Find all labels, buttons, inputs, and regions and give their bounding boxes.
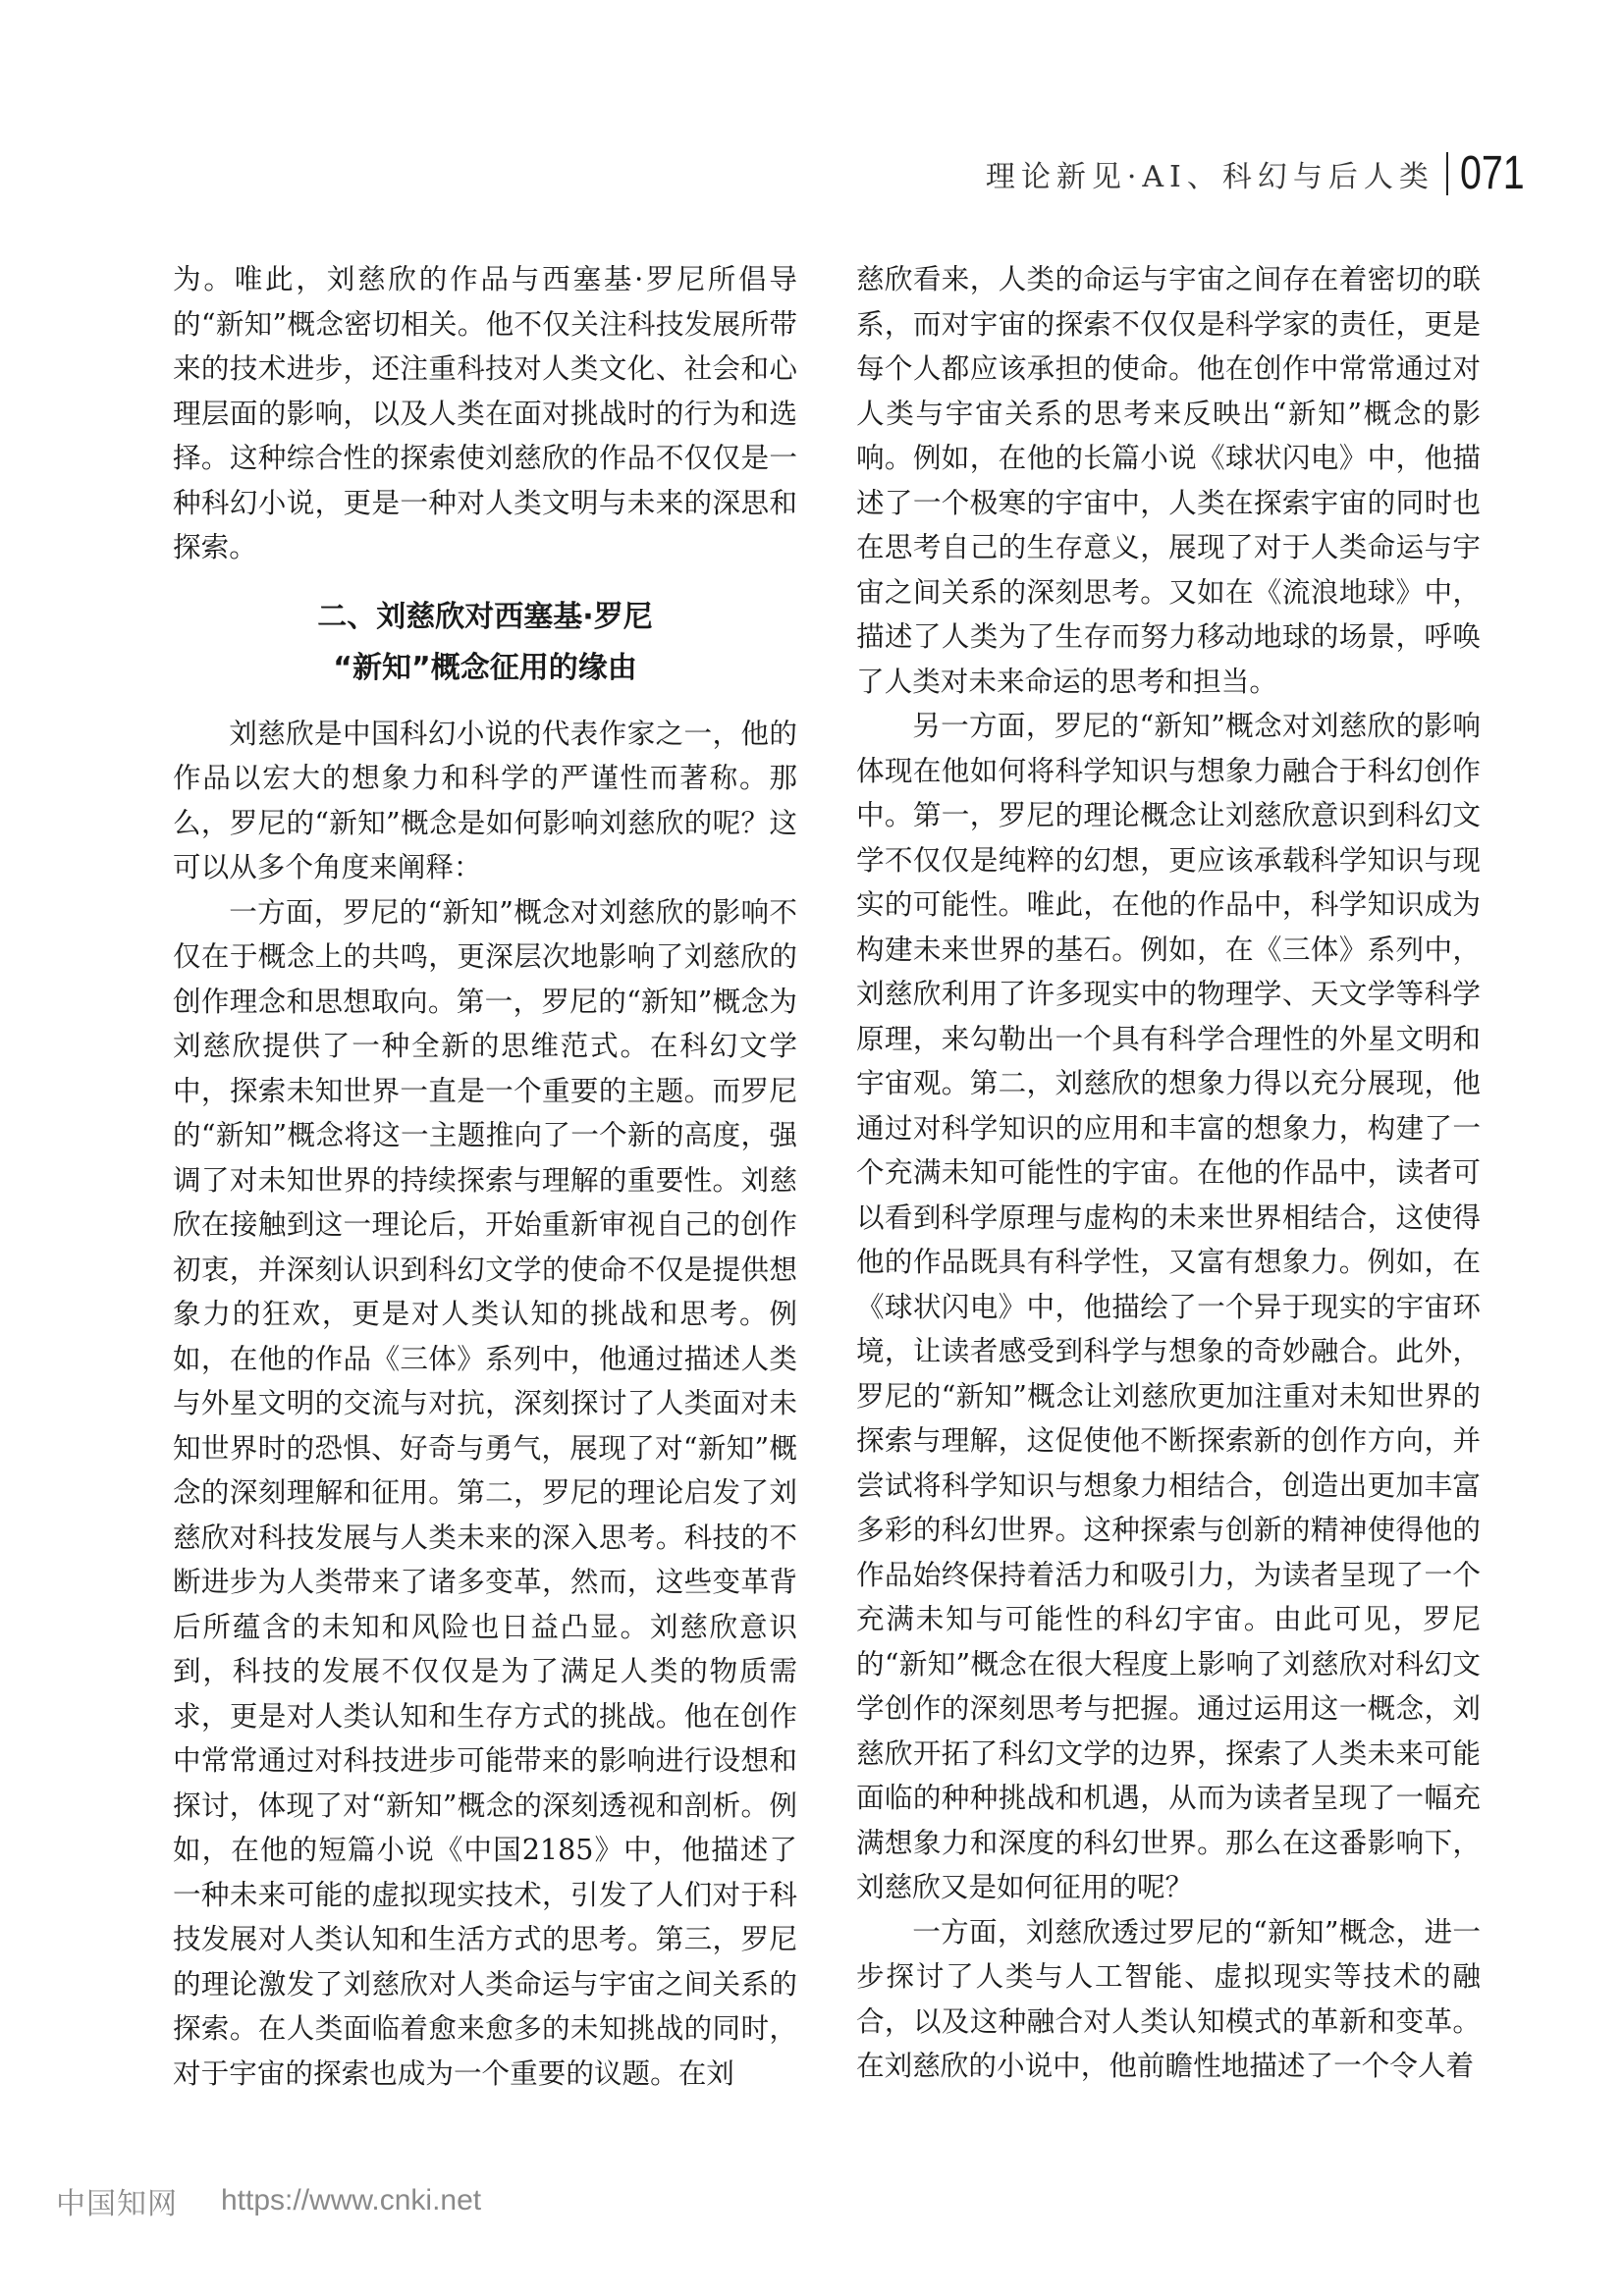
section-heading-line-2: “新知”概念征用的缘由 <box>173 643 797 694</box>
paragraph-intro: 刘慈欣是中国科幻小说的代表作家之一，他的作品以宏大的想象力和科学的严谨性而著称。… <box>173 712 797 890</box>
paragraph-one-aspect-2: 一方面，刘慈欣透过罗尼的“新知”概念，进一步探讨了人类与人工智能、虚拟现实等技术… <box>856 1910 1481 2089</box>
left-column: 为。唯此，刘慈欣的作品与西塞基·罗尼所倡导的“新知”概念密切相关。他不仅关注科技… <box>173 257 797 2096</box>
paragraph-other-aspect: 另一方面，罗尼的“新知”概念对刘慈欣的影响体现在他如何将科学知识与想象力融合于科… <box>856 704 1481 1910</box>
running-title: 理论新见·AI、科幻与后人类 <box>986 152 1434 195</box>
header-divider <box>1446 152 1448 195</box>
section-heading: 二、刘慈欣对西塞基·罗尼 “新知”概念征用的缘由 <box>173 592 797 694</box>
footer-brand: 中国知网 <box>56 2179 178 2222</box>
right-column: 慈欣看来，人类的命运与宇宙之间存在着密切的联系，而对宇宙的探索不仅仅是科学家的责… <box>856 257 1481 2089</box>
running-header: 理论新见·AI、科幻与后人类 071 <box>986 149 1539 198</box>
page-number: 071 <box>1460 150 1525 197</box>
paragraph-continued-right: 慈欣看来，人类的命运与宇宙之间存在着密切的联系，而对宇宙的探索不仅仅是科学家的责… <box>856 257 1481 704</box>
footer-watermark: 中国知网 https://www.cnki.net <box>56 2179 481 2222</box>
section-heading-line-1: 二、刘慈欣对西塞基·罗尼 <box>173 592 797 643</box>
paragraph-first-aspect: 一方面，罗尼的“新知”概念对刘慈欣的影响不仅在于概念上的共鸣，更深层次地影响了刘… <box>173 890 797 2097</box>
footer-url-link[interactable]: https://www.cnki.net <box>221 2184 481 2217</box>
paragraph-continued: 为。唯此，刘慈欣的作品与西塞基·罗尼所倡导的“新知”概念密切相关。他不仅关注科技… <box>173 257 797 570</box>
